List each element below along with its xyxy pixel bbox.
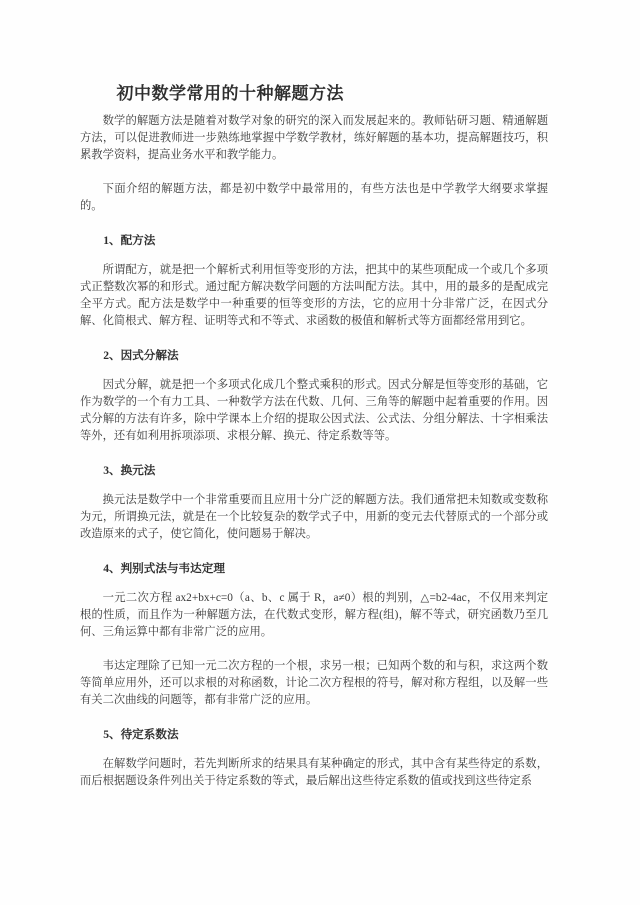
section-1-paragraph: 所谓配方，就是把一个解析式利用恒等变形的方法，把其中的某些项配成一个或几个多项式… bbox=[80, 262, 548, 330]
section-4-heading: 4、判别式法与韦达定理 bbox=[80, 560, 548, 577]
document-title: 初中数学常用的十种解题方法 bbox=[80, 84, 548, 104]
section-5-heading: 5、待定系数法 bbox=[80, 726, 548, 743]
section-2-heading: 2、因式分解法 bbox=[80, 347, 548, 364]
section-4-paragraph-1: 一元二次方程 ax2+bx+c=0（a、b、c 属于 R，a≠0）根的判别，△=… bbox=[80, 590, 548, 641]
intro-paragraph-2: 下面介绍的解题方法，都是初中数学中最常用的，有些方法也是中学教学大纲要求掌握的。 bbox=[80, 181, 548, 215]
section-2-paragraph: 因式分解，就是把一个多项式化成几个整式乘积的形式。因式分解是恒等变形的基础，它作… bbox=[80, 377, 548, 445]
section-4-paragraph-2: 韦达定理除了已知一元二次方程的一个根，求另一根；已知两个数的和与积，求这两个数等… bbox=[80, 658, 548, 709]
section-3-paragraph: 换元法是数学中一个非常重要而且应用十分广泛的解题方法。我们通常把未知数或变数称为… bbox=[80, 492, 548, 543]
section-3-heading: 3、换元法 bbox=[80, 462, 548, 479]
document-page: 初中数学常用的十种解题方法 数学的解题方法是随着对数学对象的研究的深入而发展起来… bbox=[0, 0, 640, 905]
section-5-paragraph: 在解数学问题时，若先判断所求的结果具有某种确定的形式，其中含有某些待定的系数，而… bbox=[80, 756, 548, 790]
section-1-heading: 1、配方法 bbox=[80, 232, 548, 249]
intro-paragraph-1: 数学的解题方法是随着对数学对象的研究的深入而发展起来的。教师钻研习题、精通解题方… bbox=[80, 113, 548, 164]
